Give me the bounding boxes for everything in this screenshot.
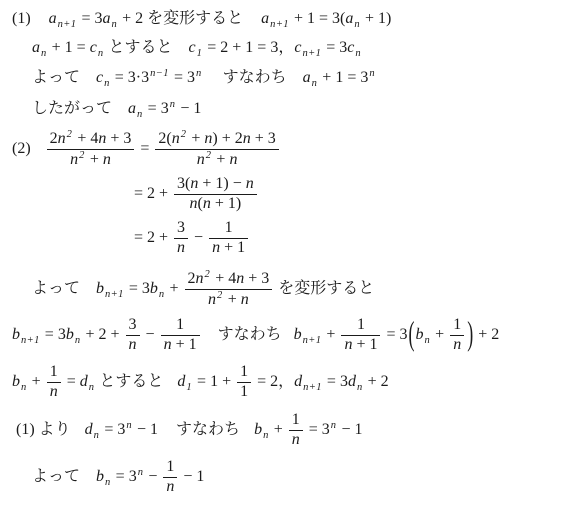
roman-text: + 4: [211, 270, 236, 287]
variable: n: [190, 195, 198, 212]
fraction-denominator: n + 1: [341, 335, 380, 355]
variable: n: [177, 239, 185, 256]
fraction: 1n + 1: [161, 316, 200, 355]
superscript: 2: [79, 150, 85, 161]
fraction: 1n: [289, 411, 303, 450]
superscript: n: [126, 420, 132, 431]
fraction-numerator: 2n2 + 4n + 3: [185, 269, 273, 289]
variable: b: [96, 280, 104, 297]
fraction-denominator: 1: [237, 382, 251, 402]
variable: d: [80, 373, 88, 390]
roman-text: −: [190, 229, 207, 246]
fraction-denominator: n: [163, 477, 177, 497]
roman-text: (1): [12, 10, 31, 27]
superscript: n: [138, 467, 144, 478]
subscript: n: [357, 382, 363, 393]
variable: b: [294, 326, 302, 343]
variable: c: [96, 69, 103, 86]
roman-text: − 1: [133, 421, 158, 438]
roman-text: を変形すると: [274, 280, 374, 297]
subscript: n+1: [105, 289, 124, 300]
variable: n: [292, 431, 300, 448]
variable: n: [58, 130, 66, 147]
fraction: 3n: [174, 219, 188, 258]
roman-text: したがって: [32, 100, 112, 117]
fraction-numerator: 1: [209, 219, 248, 238]
superscript: n: [331, 420, 337, 431]
variable: d: [177, 373, 185, 390]
roman-text: ) + 2: [212, 130, 242, 147]
roman-text: + 1: [220, 239, 245, 256]
roman-text: よって: [32, 280, 80, 297]
roman-text: = 3: [41, 326, 66, 343]
subscript: n: [105, 477, 111, 488]
variable: d: [294, 373, 302, 390]
roman-text: + 3: [244, 270, 269, 287]
roman-text: 2: [188, 270, 196, 287]
line-9-b-recurrence: bn+1 = 3bn + 2 + 3n − 1n + 1すなわちbn+1 + 1…: [6, 316, 573, 355]
fraction-numerator: 2n2 + 4n + 3: [47, 129, 135, 149]
variable: a: [345, 10, 353, 27]
fraction-numerator: 1: [289, 411, 303, 430]
line-7-partial-fractions: = 2 + 3n − 1n + 1: [6, 219, 573, 258]
fraction-numerator: 1: [47, 363, 61, 382]
variable: a: [49, 10, 57, 27]
subscript: n: [137, 109, 143, 120]
roman-text: 1: [453, 316, 461, 333]
variable: b: [12, 373, 20, 390]
big-paren: ): [466, 313, 474, 357]
subscript: n: [354, 19, 360, 30]
roman-text: + 1): [361, 10, 391, 27]
line-4-answer-a: したがってan = 3n − 1: [6, 98, 573, 122]
fraction-numerator: 2(n2 + n) + 2n + 3: [155, 129, 278, 149]
fraction-denominator: n: [450, 335, 464, 355]
roman-text: 1: [240, 383, 248, 400]
roman-text: 3: [177, 219, 185, 236]
line-1-transform-a: (1)an+1 = 3an + 2 を変形するとan+1 + 1 = 3(an …: [6, 8, 573, 32]
superscript: n: [196, 68, 202, 79]
roman-text: + 1 =: [48, 39, 90, 56]
fraction-denominator: n + 1: [161, 335, 200, 355]
roman-text: = 3: [305, 421, 330, 438]
roman-text: + 2 を変形すると: [118, 10, 243, 27]
subscript: n: [98, 48, 104, 59]
roman-text: すなわち: [176, 421, 240, 438]
roman-text: = 3: [77, 10, 102, 27]
variable: n: [246, 175, 254, 192]
superscript: 2: [206, 150, 212, 161]
fraction: 3(n + 1) − nn(n + 1): [174, 175, 257, 214]
roman-text: = 2 + 1 = 3，: [203, 39, 294, 56]
subscript: n: [94, 430, 100, 441]
variable: n: [243, 130, 251, 147]
roman-text: +: [212, 151, 229, 168]
fraction-denominator: n: [289, 430, 303, 450]
roman-text: +: [431, 326, 448, 343]
roman-text: = 3: [144, 100, 169, 117]
superscript: n−1: [150, 68, 169, 79]
roman-text: すなわち: [223, 69, 287, 86]
variable: n: [196, 270, 204, 287]
roman-text: − 1: [337, 421, 362, 438]
fraction: 11: [237, 363, 251, 402]
roman-text: = 1 +: [193, 373, 235, 390]
fraction: 3n: [126, 316, 140, 355]
line-11-apply-part1: (1) よりdn = 3n − 1すなわちbn + 1n = 3n − 1: [6, 411, 573, 450]
roman-text: = 3: [112, 468, 137, 485]
fraction: 2n2 + 4n + 3n2 + n: [185, 269, 273, 310]
roman-text: とすると: [104, 39, 172, 56]
variable: b: [96, 468, 104, 485]
roman-text: − 1: [179, 468, 204, 485]
variable: c: [294, 39, 301, 56]
variable: n: [241, 291, 249, 308]
roman-text: 1: [357, 316, 365, 333]
roman-text: + 2: [474, 326, 499, 343]
roman-text: +: [270, 421, 287, 438]
variable: c: [347, 39, 354, 56]
roman-text: + 3: [251, 130, 276, 147]
fraction-denominator: n: [126, 335, 140, 355]
line-12-answer-b: よってbn = 3n − 1n − 1: [6, 458, 573, 497]
roman-text: = 3·3: [111, 69, 149, 86]
subscript: n+1: [58, 19, 77, 30]
roman-text: + 1: [172, 336, 197, 353]
variable: b: [150, 280, 158, 297]
subscript: n: [41, 48, 47, 59]
roman-text: 1: [166, 458, 174, 475]
subscript: n: [104, 78, 110, 89]
fraction: 1n: [450, 316, 464, 355]
subscript: n+1: [270, 19, 289, 30]
line-3-solve-c: よってcn = 3·3n−1 = 3nすなわちan + 1 = 3n: [6, 67, 573, 91]
variable: n: [453, 336, 461, 353]
line-6-split: = 2 + 3(n + 1) − nn(n + 1): [6, 175, 573, 214]
roman-text: + 2 +: [81, 326, 123, 343]
subscript: 1: [186, 382, 192, 393]
variable: b: [254, 421, 262, 438]
roman-text: = 2，: [253, 373, 294, 390]
big-paren: (: [408, 313, 416, 357]
variable: n: [212, 239, 220, 256]
math-document: (1)an+1 = 3an + 2 を変形するとan+1 + 1 = 3(an …: [0, 0, 577, 496]
roman-text: =: [63, 373, 80, 390]
fraction-numerator: 3(n + 1) − n: [174, 175, 257, 194]
roman-text: + 4: [73, 130, 98, 147]
superscript: 2: [67, 129, 73, 140]
roman-text: + 2: [364, 373, 389, 390]
roman-text: よって: [32, 69, 80, 86]
variable: n: [172, 130, 180, 147]
roman-text: 2: [50, 130, 58, 147]
superscript: 2: [205, 269, 211, 280]
roman-text: 1: [240, 363, 248, 380]
roman-text: (1) より: [16, 421, 71, 438]
roman-text: = 3: [323, 373, 348, 390]
subscript: n: [312, 78, 318, 89]
roman-text: 3: [129, 316, 137, 333]
fraction-numerator: 1: [450, 316, 464, 335]
fraction-denominator: n + 1: [209, 238, 248, 258]
fraction: 1n: [163, 458, 177, 497]
roman-text: + 3: [106, 130, 131, 147]
roman-text: 1: [50, 363, 58, 380]
superscript: n: [369, 68, 375, 79]
variable: n: [70, 151, 78, 168]
superscript: n: [170, 99, 176, 110]
variable: b: [416, 326, 424, 343]
variable: a: [128, 100, 136, 117]
subscript: n: [355, 48, 361, 59]
variable: n: [50, 383, 58, 400]
subscript: n+1: [302, 48, 321, 59]
roman-text: 1: [176, 316, 184, 333]
roman-text: (2): [12, 140, 31, 157]
subscript: n+1: [21, 335, 40, 346]
variable: a: [261, 10, 269, 27]
roman-text: 3(: [177, 175, 190, 192]
line-5-part2-fraction: (2)2n2 + 4n + 3n2 + n = 2(n2 + n) + 2n +…: [6, 129, 573, 170]
superscript: 2: [217, 290, 223, 301]
variable: d: [85, 421, 93, 438]
line-10-substitute-d: bn + 1n = dn とするとd1 = 1 + 11 = 2，dn+1 = …: [6, 363, 573, 402]
variable: a: [102, 10, 110, 27]
subscript: n: [75, 335, 81, 346]
variable: n: [166, 478, 174, 495]
roman-text: よって: [32, 468, 80, 485]
roman-text: 2(: [158, 130, 171, 147]
roman-text: +: [166, 280, 183, 297]
fraction-denominator: n: [174, 238, 188, 258]
roman-text: = 3: [100, 421, 125, 438]
roman-text: − 1: [176, 100, 201, 117]
roman-text: + 1): [211, 195, 241, 212]
variable: c: [90, 39, 97, 56]
roman-text: = 3: [170, 69, 195, 86]
variable: n: [208, 291, 216, 308]
variable: a: [32, 39, 40, 56]
variable: n: [103, 151, 111, 168]
subscript: n+1: [303, 382, 322, 393]
roman-text: +: [28, 373, 45, 390]
subscript: n: [89, 382, 95, 393]
roman-text: = 3: [382, 326, 407, 343]
roman-text: 1: [225, 219, 233, 236]
roman-text: −: [142, 326, 159, 343]
fraction: 1n + 1: [209, 219, 248, 258]
subscript: n: [425, 335, 431, 346]
roman-text: +: [187, 130, 204, 147]
superscript: 2: [181, 129, 187, 140]
fraction: 2n2 + 4n + 3n2 + n: [47, 129, 135, 170]
variable: n: [129, 336, 137, 353]
roman-text: とすると: [95, 373, 163, 390]
fraction-denominator: n2 + n: [155, 149, 278, 170]
fraction-denominator: n(n + 1): [174, 194, 257, 214]
roman-text: すなわち: [218, 326, 282, 343]
subscript: n: [21, 382, 27, 393]
fraction-numerator: 3: [174, 219, 188, 238]
roman-text: −: [144, 468, 161, 485]
variable: c: [188, 39, 195, 56]
variable: d: [348, 373, 356, 390]
fraction-denominator: n2 + n: [47, 149, 135, 170]
roman-text: +: [322, 326, 339, 343]
roman-text: = 2 +: [134, 229, 172, 246]
roman-text: +: [224, 291, 241, 308]
line-2-substitute-c: an + 1 = cn とするとc1 = 2 + 1 = 3，cn+1 = 3c…: [6, 37, 573, 61]
variable: b: [66, 326, 74, 343]
variable: n: [229, 151, 237, 168]
subscript: n+1: [303, 335, 322, 346]
roman-text: = 3: [125, 280, 150, 297]
roman-text: +: [86, 151, 103, 168]
fraction-numerator: 1: [163, 458, 177, 477]
variable: a: [303, 69, 311, 86]
roman-text: 1: [292, 411, 300, 428]
fraction-denominator: n2 + n: [185, 289, 273, 310]
roman-text: + 1) −: [198, 175, 245, 192]
roman-text: + 1 = 3(: [290, 10, 345, 27]
fraction-numerator: 1: [341, 316, 380, 335]
subscript: n: [159, 289, 165, 300]
roman-text: =: [136, 140, 153, 157]
subscript: 1: [197, 48, 203, 59]
fraction: 1n + 1: [341, 316, 380, 355]
roman-text: + 1 = 3: [318, 69, 368, 86]
roman-text: + 1: [352, 336, 377, 353]
roman-text: = 3: [322, 39, 347, 56]
subscript: n: [111, 19, 117, 30]
variable: n: [203, 195, 211, 212]
fraction-numerator: 1: [161, 316, 200, 335]
fraction-numerator: 3: [126, 316, 140, 335]
line-8-transform-b: よってbn+1 = 3bn + 2n2 + 4n + 3n2 + n を変形する…: [6, 269, 573, 310]
variable: n: [164, 336, 172, 353]
variable: n: [197, 151, 205, 168]
roman-text: = 2 +: [134, 185, 172, 202]
fraction: 1n: [47, 363, 61, 402]
fraction-numerator: 1: [237, 363, 251, 382]
subscript: n: [263, 430, 269, 441]
fraction-denominator: n: [47, 382, 61, 402]
fraction: 2(n2 + n) + 2n + 3n2 + n: [155, 129, 278, 170]
variable: b: [12, 326, 20, 343]
